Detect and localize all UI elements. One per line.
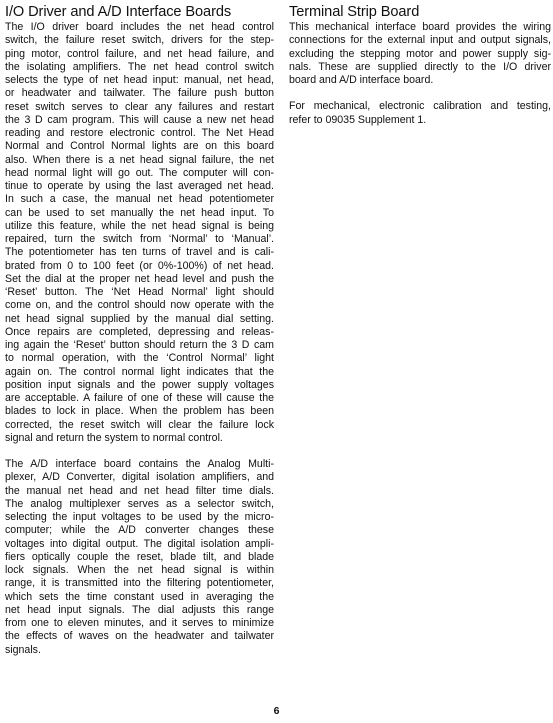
text-line: ing again the ‘Reset’ button should retu… xyxy=(5,339,274,352)
text-line: computer; while the A/D converter change… xyxy=(5,524,274,537)
io-driver-paragraph: The I/O driver board includes the net he… xyxy=(5,21,274,445)
text-line: The potentiometer has ten turns of trave… xyxy=(5,246,274,259)
text-line: Normal and Control Normal lights are on … xyxy=(5,140,274,153)
text-line: corrected, the reset switch will clear t… xyxy=(5,419,274,432)
text-line: This mechanical interface board provides… xyxy=(289,21,551,34)
right-column: Terminal Strip Board This mechanical int… xyxy=(289,4,551,127)
text-line: refer to 09035 Supplement 1. xyxy=(289,114,551,127)
text-line: net head signal supplied by the manual d… xyxy=(5,313,274,326)
text-line: can be used to set manually the net head… xyxy=(5,207,274,220)
text-line: range, it is transmitted into the filter… xyxy=(5,577,274,590)
text-line: reset switch serves to clear any failure… xyxy=(5,101,274,114)
section-heading-terminal-strip: Terminal Strip Board xyxy=(289,4,551,20)
text-line: Once repairs are completed, depressing a… xyxy=(5,326,274,339)
text-line: reading and restore electronic control. … xyxy=(5,127,274,140)
text-line: tinue to operate by using the last avera… xyxy=(5,180,274,193)
section-heading-io-driver: I/O Driver and A/D Interface Boards xyxy=(5,4,274,20)
text-line: Set the dial at the proper net head leve… xyxy=(5,273,274,286)
paragraph-spacer xyxy=(5,445,274,458)
text-line: net head input signals. The dial adjusts… xyxy=(5,604,274,617)
text-line: repaired, turn the switch from ‘Normal’ … xyxy=(5,233,274,246)
text-line: nals. These are supplied directly to the… xyxy=(289,61,551,74)
text-line: from one to eleven minutes, and it serve… xyxy=(5,617,274,630)
text-line: For mechanical, electronic calibration a… xyxy=(289,100,551,113)
text-line: utilize this feature, while the net head… xyxy=(5,220,274,233)
terminal-strip-paragraph: This mechanical interface board provides… xyxy=(289,21,551,87)
text-line: also. When there is a net head signal fa… xyxy=(5,154,274,167)
text-line: board and A/D interface board. xyxy=(289,74,551,87)
text-line: In such a case, the manual net head pote… xyxy=(5,193,274,206)
text-line: excluding the stepping motor and power s… xyxy=(289,48,551,61)
ad-interface-paragraph: The A/D interface board contains the Ana… xyxy=(5,458,274,657)
text-line: The analog multiplexer serves as a selec… xyxy=(5,498,274,511)
text-line: the isolating amplifiers. The net head c… xyxy=(5,61,274,74)
text-line: signal and return the system to normal c… xyxy=(5,432,274,445)
calibration-reference-paragraph: For mechanical, electronic calibration a… xyxy=(289,100,551,127)
text-line: selects the type of net head input: manu… xyxy=(5,74,274,87)
text-line: switch, the failure reset switch, driver… xyxy=(5,34,274,47)
text-line: ping motor, control failure, and net hea… xyxy=(5,48,274,61)
paragraph-spacer xyxy=(289,87,551,100)
left-column: I/O Driver and A/D Interface Boards The … xyxy=(5,4,274,657)
text-line: are acceptable. A failure of one of thes… xyxy=(5,392,274,405)
text-line: the effects of waves on the headwater an… xyxy=(5,630,274,643)
text-line: the 3 D cam program. This will cause a n… xyxy=(5,114,274,127)
text-line: to normal operation, with the ‘Control N… xyxy=(5,352,274,365)
text-line: position input signals and the power sup… xyxy=(5,379,274,392)
text-line: fiers optically couple the reset, blade … xyxy=(5,551,274,564)
page-number: 6 xyxy=(0,705,553,717)
text-line: lock signals. When the net head signal i… xyxy=(5,564,274,577)
text-line: or headwater and tailwater. The failure … xyxy=(5,87,274,100)
text-line: ‘Reset’ button. The ‘Net Head Normal’ li… xyxy=(5,286,274,299)
text-line: signals. xyxy=(5,644,274,657)
text-line: blades to lock in place. When the proble… xyxy=(5,405,274,418)
text-line: the manual net head and net head filter … xyxy=(5,485,274,498)
text-line: The I/O driver board includes the net he… xyxy=(5,21,274,34)
text-line: plexer, A/D Converter, digital isolation… xyxy=(5,471,274,484)
text-line: voltages into digital output. The digita… xyxy=(5,538,274,551)
text-line: connections for the external input and o… xyxy=(289,34,551,47)
text-line: selecting the input voltages to be used … xyxy=(5,511,274,524)
text-line: brated from 0 to 100 feet (or 0%-100%) o… xyxy=(5,260,274,273)
text-line: come on, and the control should now oper… xyxy=(5,299,274,312)
text-line: again on. The control normal light indic… xyxy=(5,366,274,379)
text-line: The A/D interface board contains the Ana… xyxy=(5,458,274,471)
text-line: which sets the time constant used in ave… xyxy=(5,591,274,604)
text-line: head normal light will go out. The compu… xyxy=(5,167,274,180)
